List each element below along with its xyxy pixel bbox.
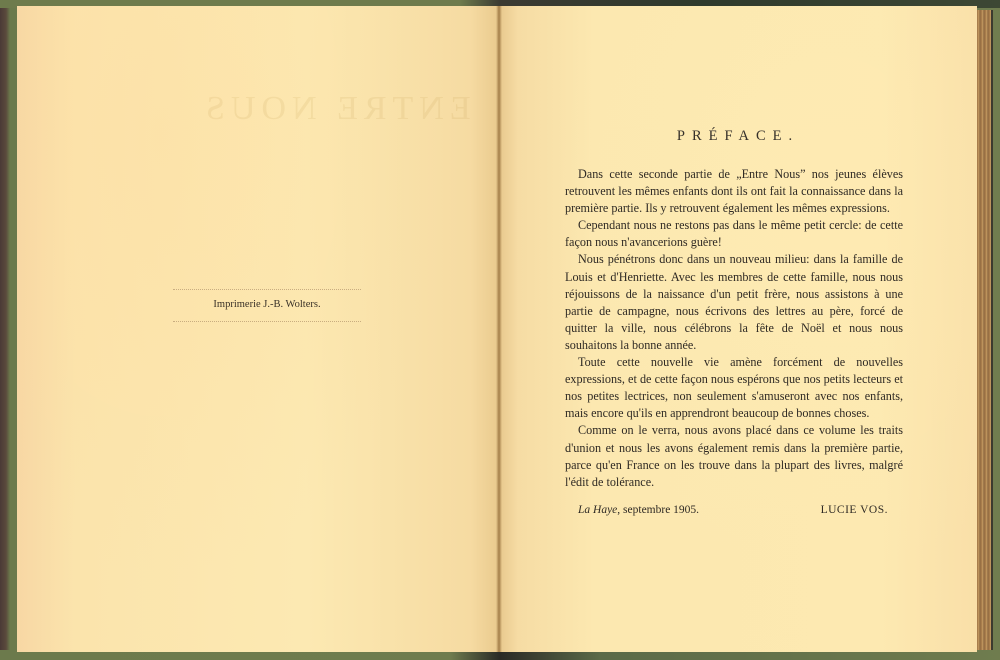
bleed-through-text: ENTRE NOUS (200, 90, 471, 128)
preface-paragraph: Cependant nous ne restons pas dans le mê… (565, 217, 903, 251)
printer-imprint: Imprimerie J.-B. Wolters. (173, 289, 361, 322)
preface-paragraph: Comme on le verra, nous avons placé dans… (565, 422, 903, 490)
signoff-place: La Haye (578, 504, 617, 516)
place-date: La Haye, septembre 1905. (578, 504, 699, 516)
imprint-label: Imprimerie J.-B. Wolters. (173, 290, 361, 321)
page-title: PRÉFACE. (499, 128, 977, 145)
signoff: La Haye, septembre 1905. LUCIE VOS. (578, 504, 888, 516)
signoff-date: , septembre 1905. (617, 504, 699, 516)
preface-paragraph: Nous pénétrons donc dans un nouveau mili… (565, 251, 903, 354)
preface-body: Dans cette seconde partie de „Entre Nous… (565, 166, 903, 491)
imprint-rule-bottom (173, 321, 361, 322)
page-edges (977, 10, 993, 650)
signoff-author: LUCIE VOS. (821, 504, 888, 516)
book-gutter (496, 6, 502, 652)
preface-paragraph: Dans cette seconde partie de „Entre Nous… (565, 166, 903, 217)
preface-paragraph: Toute cette nouvelle vie amène forcément… (565, 354, 903, 422)
